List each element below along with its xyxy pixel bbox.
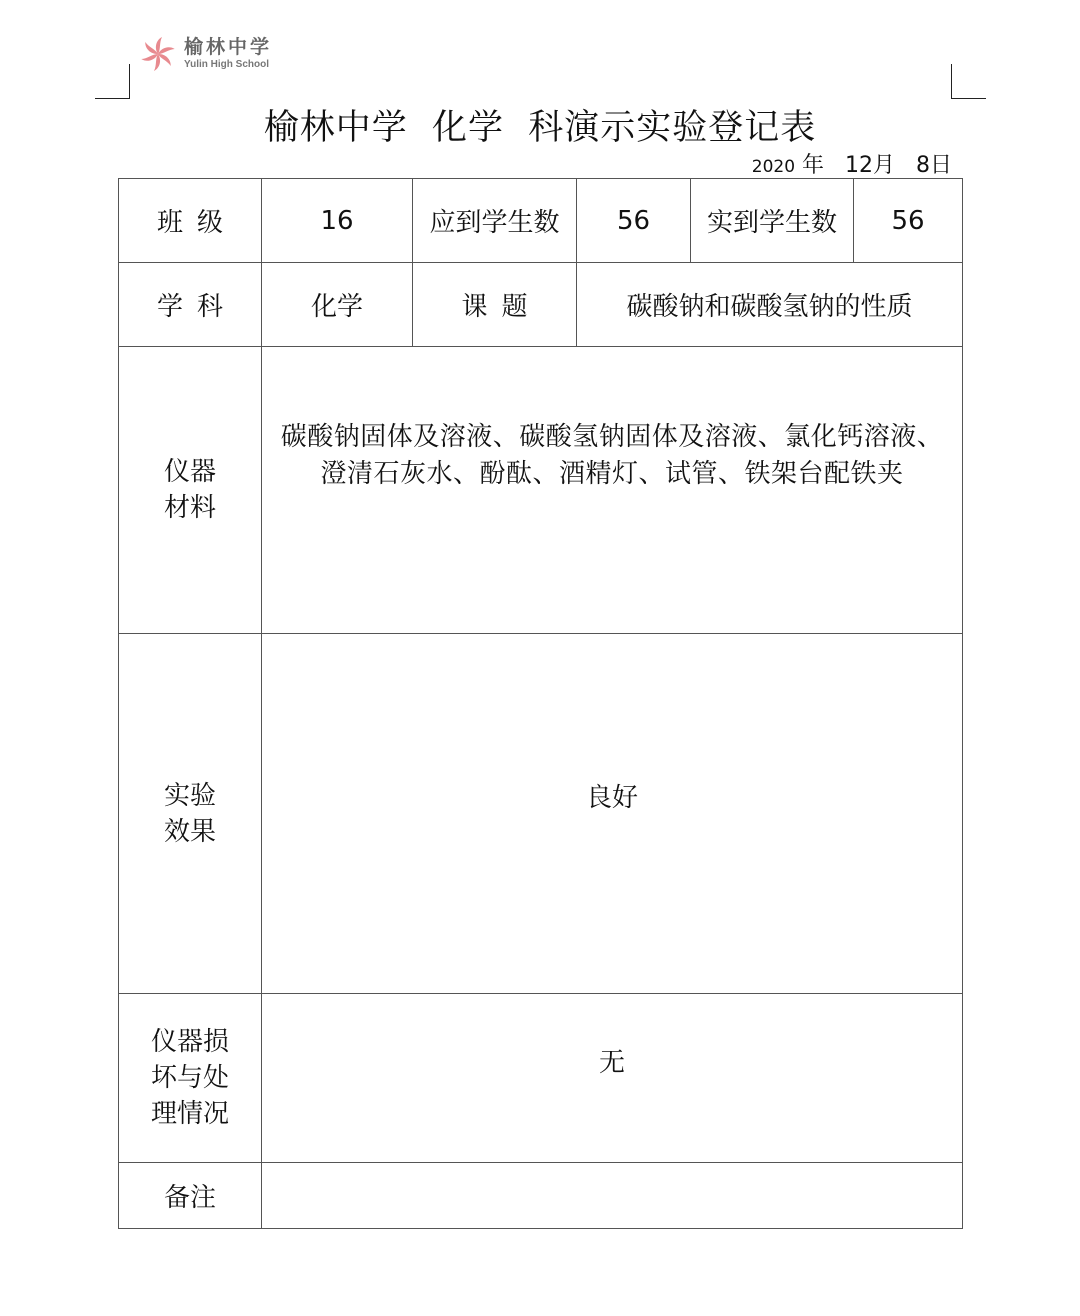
pinwheel-flower-logo-icon	[138, 34, 178, 74]
date-year: 2020	[752, 157, 795, 177]
date-day: 8日	[916, 153, 952, 178]
table-row-class: 班级 16 应到学生数 56 实到学生数 56	[119, 179, 963, 263]
crop-mark-top-right	[951, 64, 986, 99]
materials-value[interactable]: 碳酸钠固体及溶液、碳酸氢钠固体及溶液、氯化钙溶液、澄清石灰水、酚酞、酒精灯、试管…	[262, 347, 963, 634]
effect-label-cell: 实验效果	[119, 634, 262, 994]
topic-label: 课题	[413, 263, 577, 347]
subject-label: 学科	[119, 263, 262, 347]
materials-label-cell: 仪器材料	[119, 347, 262, 634]
effect-value[interactable]: 良好	[262, 634, 963, 994]
table-row-subject: 学科 化学 课题 碳酸钠和碳酸氢钠的性质	[119, 263, 963, 347]
logo-school-name-en: Yulin High School	[184, 60, 272, 70]
table-row-effect: 实验效果 良好	[119, 634, 963, 994]
page-title: 榆林中学 化学 科演示实验登记表	[0, 100, 1080, 150]
date-month: 12月	[845, 153, 895, 178]
logo-school-name-cn: 榆林中学	[184, 38, 272, 57]
school-logo: 榆林中学 Yulin High School	[138, 34, 272, 74]
damage-label-cell: 仪器损坏与处理情况	[119, 994, 262, 1163]
remarks-label: 备注	[119, 1163, 262, 1229]
crop-mark-top-left	[95, 64, 130, 99]
actual-students-value[interactable]: 56	[854, 179, 963, 263]
effect-label: 实验效果	[162, 778, 218, 850]
table-row-damage: 仪器损坏与处理情况 无	[119, 994, 963, 1163]
topic-value[interactable]: 碳酸钠和碳酸氢钠的性质	[577, 263, 963, 347]
damage-value[interactable]: 无	[262, 994, 963, 1163]
form-date: 2020 年 12月 8日	[752, 148, 952, 179]
table-row-materials: 仪器材料 碳酸钠固体及溶液、碳酸氢钠固体及溶液、氯化钙溶液、澄清石灰水、酚酞、酒…	[119, 347, 963, 634]
damage-label: 仪器损坏与处理情况	[151, 1024, 229, 1132]
remarks-value[interactable]	[262, 1163, 963, 1229]
materials-label: 仪器材料	[162, 454, 218, 526]
class-value[interactable]: 16	[262, 179, 413, 263]
expected-students-label: 应到学生数	[413, 179, 577, 263]
table-row-remarks: 备注	[119, 1163, 963, 1229]
actual-students-label: 实到学生数	[691, 179, 854, 263]
expected-students-value[interactable]: 56	[577, 179, 691, 263]
class-label: 班级	[119, 179, 262, 263]
experiment-register-table: 班级 16 应到学生数 56 实到学生数 56 学科 化学 课题 碳酸钠和碳酸氢…	[118, 178, 963, 1229]
date-year-unit: 年	[802, 153, 824, 178]
subject-value[interactable]: 化学	[262, 263, 413, 347]
